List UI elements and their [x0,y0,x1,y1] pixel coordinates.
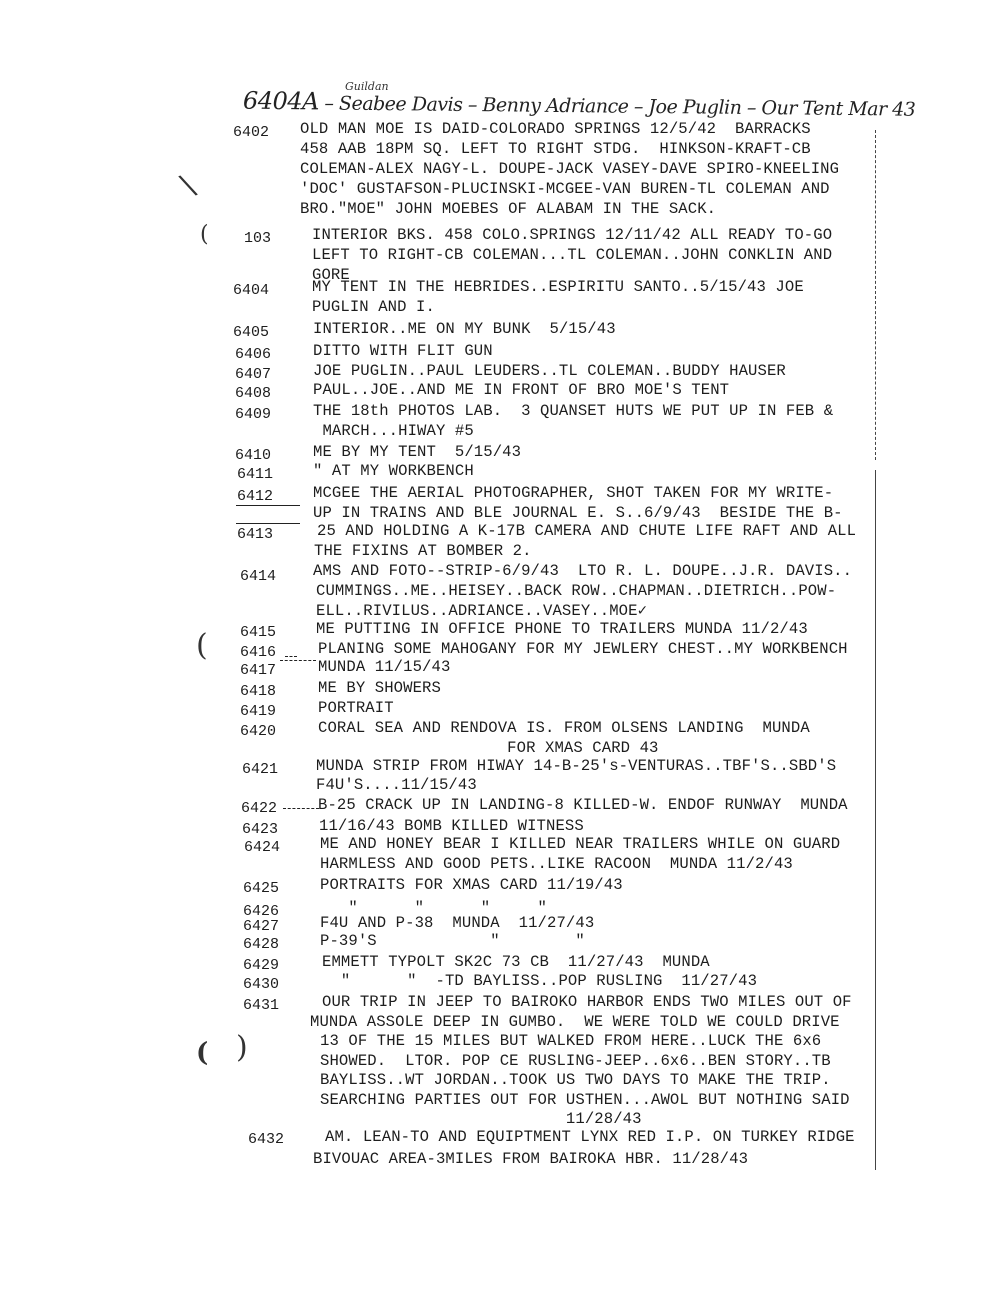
entry-number: 6409 [235,406,271,424]
entry-text-line: INTERIOR..ME ON MY BUNK 5/15/43 [313,320,616,338]
connector-dash [285,656,297,657]
right-margin-line [875,130,876,460]
entry-text-line: ME PUTTING IN OFFICE PHONE TO TRAILERS M… [316,620,808,638]
entry-text-line: " AT MY WORKBENCH [313,462,474,480]
entry-text-line: CUMMINGS..ME..HEISEY..BACK ROW..CHAPMAN.… [316,582,836,600]
entry-text-line: EMMETT TYPOLT SK2C 73 CB 11/27/43 MUNDA [322,953,710,971]
entry-text-line: LEFT TO RIGHT-CB COLEMAN...TL COLEMAN..J… [312,246,832,264]
entry-number: 6417 [240,662,276,680]
entry-text-line: PORTRAITS FOR XMAS CARD 11/19/43 [320,876,623,894]
entry-text-line: PUGLIN AND I. [312,298,435,316]
entry-text-line: FOR XMAS CARD 43 [318,739,658,757]
entry-text-line: AMS AND FOTO--STRIP-6/9/43 LTO R. L. DOU… [313,562,852,580]
entry-text-line: INTERIOR BKS. 458 COLO.SPRINGS 12/11/42 … [312,226,832,244]
entry-number: 6421 [242,761,278,779]
entry-text-line: ME AND HONEY BEAR I KILLED NEAR TRAILERS… [320,835,840,853]
entry-number: 6420 [240,723,276,741]
entry-text-line: PORTRAIT [318,699,394,717]
entry-number: 6428 [243,936,279,954]
entry-number: 6432 [248,1131,284,1149]
handwritten-header: 6404A – Seabee Davis – Benny Adriance – … [243,87,883,122]
entry-text-line: MARCH...HIWAY #5 [313,422,474,440]
entry-text-line: OUR TRIP IN JEEP TO BAIROKO HARBOR ENDS … [322,993,852,1011]
entry-text-line: SHOWED. LTOR. POP CE RUSLING-JEEP..6x6..… [320,1052,831,1070]
entry-text-line: BRO."MOE" JOHN MOEBES OF ALABAM IN THE S… [300,200,716,218]
entry-text-line: MCGEE THE AERIAL PHOTOGRAPHER, SHOT TAKE… [313,484,833,502]
entry-number: 6410 [235,447,271,465]
entry-text-line: " " -TD BAYLISS..POP RUSLING 11/27/43 [322,972,757,990]
entry-text-line: F4U AND P-38 MUNDA 11/27/43 [320,914,594,932]
right-margin-line-lower [875,470,876,1170]
header-code: 6404A [243,87,319,116]
entry-text-line: THE FIXINS AT BOMBER 2. [314,542,532,560]
entry-number: 6414 [240,568,276,586]
entry-number: 6429 [243,957,279,975]
entry-text-line: 25 AND HOLDING A K-17B CAMERA AND CHUTE … [317,522,856,540]
entry-number: 6404 [233,282,269,300]
entry-number: 6408 [235,385,271,403]
entry-number: 6406 [235,346,271,364]
entry-number: 6405 [233,324,269,342]
entry-text-line: SEARCHING PARTIES OUT FOR USTHEN...AWOL … [320,1091,850,1109]
entry-number: 6424 [244,839,280,857]
entry-number: 6431 [243,997,279,1015]
entry-number: 6423 [242,821,278,839]
entry-text-line: 11/16/43 BOMB KILLED WITNESS [319,817,584,835]
document-page: Guildan 6404A – Seabee Davis – Benny Adr… [0,0,1000,1294]
entry-text-line: 13 OF THE 15 MILES BUT WALKED FROM HERE.… [320,1032,821,1050]
entry-text-line: ME BY MY TENT 5/15/43 [313,443,521,461]
header-caption: – Seabee Davis – Benny Adriance – Joe Pu… [324,93,915,121]
entry-text-line: HARMLESS AND GOOD PETS..LIKE RACOON MUND… [320,855,793,873]
entry-text-line: PLANING SOME MAHOGANY FOR MY JEWLERY CHE… [318,640,848,658]
entry-text-line: OLD MAN MOE IS DAID-COLORADO SPRINGS 12/… [300,120,811,138]
connector-dash [280,660,316,661]
entry-number: 6418 [240,683,276,701]
entry-number: 6430 [243,976,279,994]
entry-text-line: BIVOUAC AREA-3MILES FROM BAIROKA HBR. 11… [313,1150,748,1168]
entry-text-line: JOE PUGLIN..PAUL LEUDERS..TL COLEMAN..BU… [313,362,786,380]
connector-rule [236,523,300,524]
entry-text-line: P-39'S " " [320,932,585,950]
entry-number: 103 [244,230,271,248]
entry-text-line: 458 AAB 18PM SQ. LEFT TO RIGHT STDG. HIN… [300,140,811,158]
entry-number: 6412 [237,488,273,506]
entry-text-line: B-25 CRACK UP IN LANDING-8 KILLED-W. END… [318,796,848,814]
margin-paren-mark: ( [196,628,208,663]
entry-text-line: MUNDA 11/15/43 [318,658,450,676]
entry-text-line: MUNDA ASSOLE DEEP IN GUMBO. WE WERE TOLD… [310,1013,840,1031]
entry-text-line: CORAL SEA AND RENDOVA IS. FROM OLSENS LA… [318,719,810,737]
entry-number: 6402 [233,124,269,142]
entry-number: 6425 [243,880,279,898]
entry-text-line: F4U'S....11/15/43 [316,776,477,794]
entry-number: 6427 [243,918,279,936]
entry-text-line: THE 18th PHOTOS LAB. 3 QUANSET HUTS WE P… [313,402,833,420]
entry-text-line: AM. LEAN-TO AND EQUIPTMENT LYNX RED I.P.… [325,1128,855,1146]
entry-text-line: COLEMAN-ALEX NAGY-L. DOUPE-JACK VASEY-DA… [300,160,839,178]
margin-paren-mark: ( [200,222,209,247]
margin-stroke-mark: \ [176,168,200,204]
entry-text-line: 'DOC' GUSTAFSON-PLUCINSKI-MCGEE-VAN BURE… [300,180,830,198]
connector-dash [283,808,319,809]
entry-text-line: MUNDA STRIP FROM HIWAY 14-B-25's-VENTURA… [316,757,836,775]
entry-text-line: BAYLISS..WT JORDAN..TOOK US TWO DAYS TO … [320,1071,831,1089]
entry-number: 6422 [241,800,277,818]
entry-text-line: 11/28/43 [320,1110,642,1128]
entry-number: 6415 [240,624,276,642]
entry-text-line: ELL..RIVILUS..ADRIANCE..VASEY..MOE✓ [316,602,647,620]
entry-number: 6411 [237,466,273,484]
connector-rule [236,505,300,506]
entry-text-line: MY TENT IN THE HEBRIDES..ESPIRITU SANTO.… [312,278,804,296]
entry-text-line: ME BY SHOWERS [318,679,441,697]
entry-number: 6416 [240,644,276,662]
entry-number: 6419 [240,703,276,721]
entry-text-line: PAUL..JOE..AND ME IN FRONT OF BRO MOE'S … [313,381,729,399]
margin-paren-mark: ) [236,1030,248,1065]
entry-text-line: DITTO WITH FLIT GUN [313,342,493,360]
margin-paren-mark: ( [196,1038,208,1068]
entry-text-line: UP IN TRAINS AND BLE JOURNAL E. S..6/9/4… [313,504,843,522]
entry-number: 6413 [237,526,273,544]
entry-number: 6407 [235,366,271,384]
